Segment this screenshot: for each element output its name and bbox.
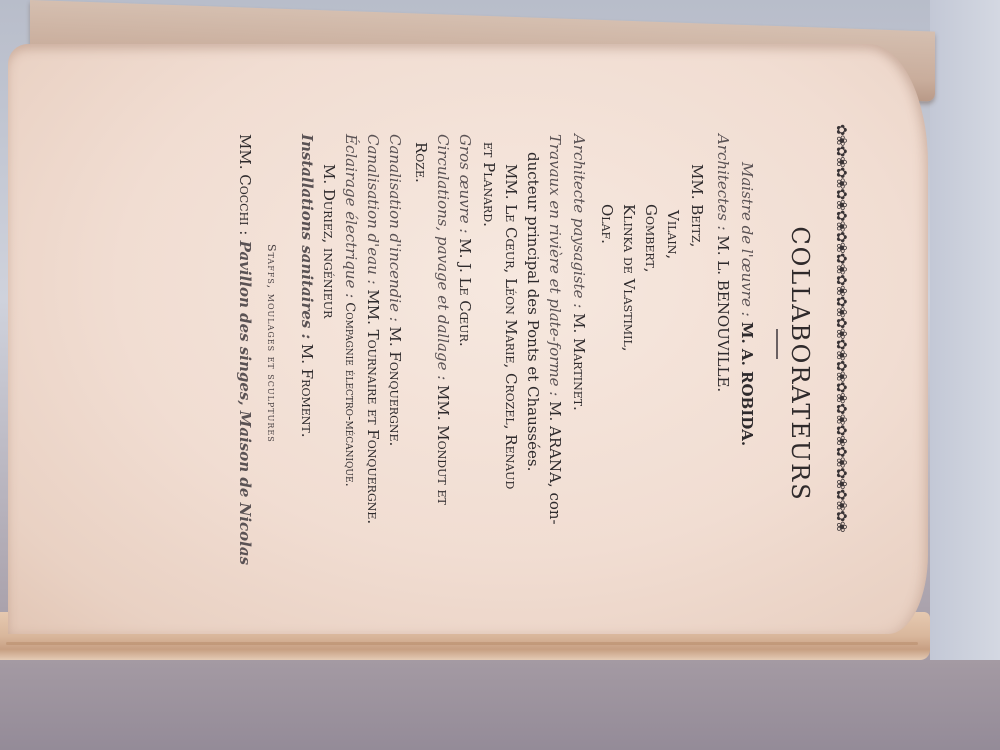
credit-line: MM. Cocchi : Pavillon des singes, Maison… [236, 134, 254, 565]
credit-role: Canalisation d'incendie : [386, 134, 404, 322]
credit-name: M. ARANA, con- [546, 396, 564, 524]
credit-line: MM. Le Cœur, Léon Marie, Crozel, Renaud [502, 164, 520, 489]
page-title: COLLABORATEURS [786, 194, 814, 534]
credit-line: Architecte paysagiste : M. Martinet. [570, 134, 588, 411]
credit-line: Canalisation d'incendie : M. Fonquergne. [386, 134, 404, 446]
page-content: ✿❀✿❀✿❀✿❀✿❀✿❀✿❀✿❀✿❀✿❀✿❀✿❀✿❀✿❀✿❀✿❀✿❀✿❀✿❀ C… [138, 124, 878, 664]
photo-scene: ✿❀✿❀✿❀✿❀✿❀✿❀✿❀✿❀✿❀✿❀✿❀✿❀✿❀✿❀✿❀✿❀✿❀✿❀✿❀ C… [0, 0, 1000, 750]
credit-line: MM. Beitz, [688, 164, 706, 247]
book-page: ✿❀✿❀✿❀✿❀✿❀✿❀✿❀✿❀✿❀✿❀✿❀✿❀✿❀✿❀✿❀✿❀✿❀✿❀✿❀ C… [8, 44, 928, 634]
credit-line: Circulations, pavage et dallage : MM. Mo… [434, 134, 452, 505]
credit-name: M. Froment. [298, 339, 316, 437]
credit-line: Installations sanitaires : M. Froment. [298, 134, 316, 438]
credit-name: M. Fonquergne. [386, 322, 404, 447]
credit-line: Vilain, [664, 210, 682, 259]
credit-name: M. A. ROBIDA. [738, 317, 756, 446]
credit-name: M. L. BENOUVILLE. [714, 231, 732, 393]
credit-line: Olaf. [598, 204, 616, 244]
credit-name: M. Martinet. [570, 308, 588, 411]
credit-line: Architectes : M. L. BENOUVILLE. [714, 134, 732, 392]
credit-line: Canalisation d'eau : MM. Tournaire et Fo… [364, 134, 382, 524]
credit-name: Compagnie électro-mécanique. [342, 298, 357, 487]
credit-role: Travaux en rivière et plate-forme : [546, 134, 564, 396]
credit-name: MM. Tournaire et Fonquergne. [364, 285, 382, 525]
credit-line: Gros œuvre : M. J. Le Cœur. [456, 134, 474, 347]
credit-name: M. J. Le Cœur. [456, 234, 474, 347]
credit-role: Éclairage électrique : [342, 134, 360, 298]
credit-line: Gombert, [642, 204, 660, 273]
credit-line: ducteur principal des Ponts et Chaussées… [524, 152, 542, 471]
background-shadow [0, 660, 1000, 750]
section-subheading: Staffs, moulages et sculptures [265, 244, 278, 443]
credit-role: Architectes : [714, 134, 732, 231]
credit-line: Maistre de l'œuvre : M. A. ROBIDA. [738, 162, 756, 446]
credit-line: Travaux en rivière et plate-forme : M. A… [546, 134, 564, 525]
credit-role: Installations sanitaires : [298, 134, 316, 339]
title-divider [776, 329, 778, 359]
credit-role: Canalisation d'eau : [364, 134, 382, 285]
floral-ornament-border: ✿❀✿❀✿❀✿❀✿❀✿❀✿❀✿❀✿❀✿❀✿❀✿❀✿❀✿❀✿❀✿❀✿❀✿❀✿❀ [832, 124, 850, 594]
credit-role: Circulations, pavage et dallage : [434, 134, 452, 380]
credit-role: Gros œuvre : [456, 134, 474, 234]
credit-role: Pavillon des singes, Maison de Nicolas [236, 235, 254, 565]
background-surface [930, 0, 1000, 750]
credit-line: Klinka de Vlastimil, [620, 204, 638, 352]
credit-line: Éclairage électrique : Compagnie électro… [340, 134, 360, 487]
credit-line: M. Duriez, ingénieur [320, 164, 338, 318]
credit-name: MM. Cocchi : [236, 134, 254, 235]
credit-role: Architecte paysagiste : [570, 134, 588, 308]
rotated-text-block: ✿❀✿❀✿❀✿❀✿❀✿❀✿❀✿❀✿❀✿❀✿❀✿❀✿❀✿❀✿❀✿❀✿❀✿❀✿❀ C… [138, 124, 878, 664]
credit-name: MM. Mondut et [434, 380, 452, 505]
credit-role: Maistre de l'œuvre : [738, 162, 756, 317]
credit-line: Roze. [412, 142, 430, 183]
credit-line: et Planard. [480, 142, 498, 227]
